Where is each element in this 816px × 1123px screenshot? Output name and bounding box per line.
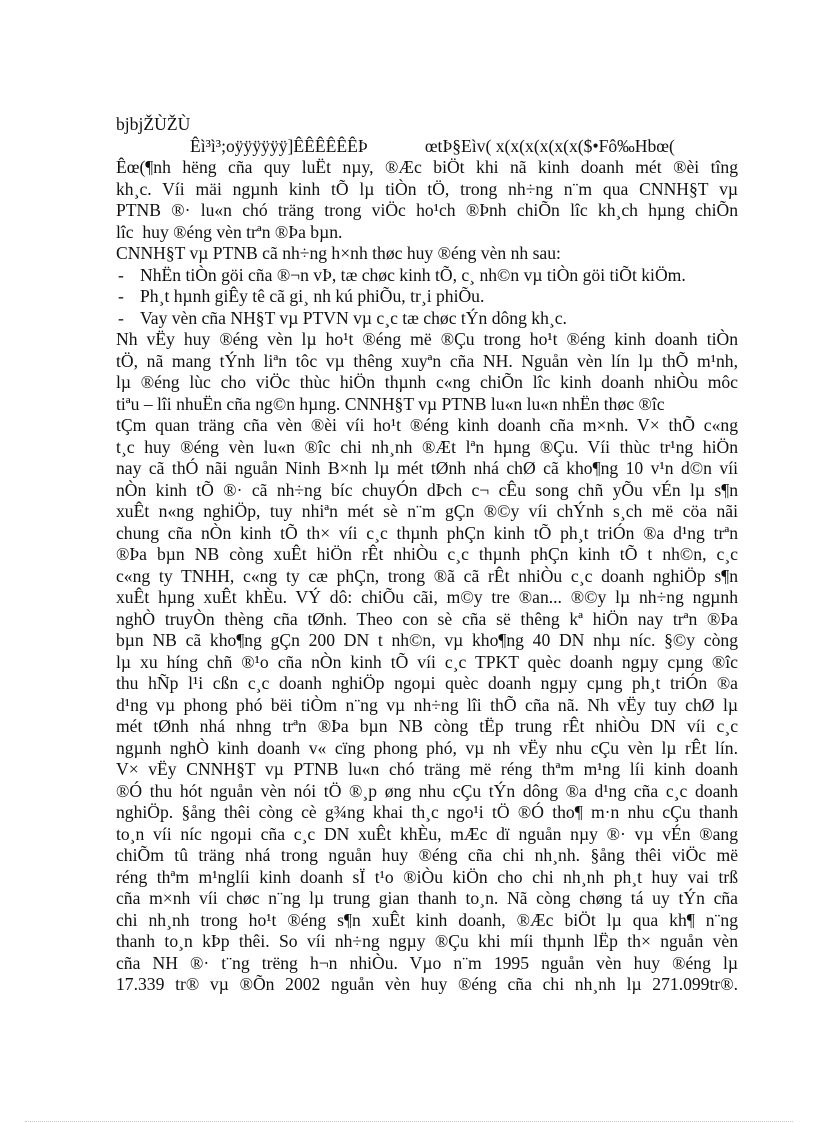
bullet-list: - NhËn tiÒn göi cña ®¬n vÞ, tæ chøc kinh… [116,265,738,330]
text-line: d¹ng vµ phong phó bëi tiÒm n¨ng vµ nh÷ng… [116,695,738,717]
text-line: xuÊt n«ng nghiÖp, tuy nhiªn mét sè n¨m g… [116,501,738,523]
text-line: Êœ(¶nh h­ëng cña quy luËt nµy, ®Æc biÖt … [116,157,738,179]
document-page: bjbjŽÙŽÙ Êì³ì³;oÿÿÿÿÿÿ]ÊÊÊÊÊÊÞ œtÞ§Eìv( … [116,114,738,996]
text-line: ®Þa bµn NB còng xuÊt hiÖn rÊt nhiÒu c¸c … [116,544,738,566]
bullet-text: Vay vèn cña NH§T vµ PTVN vµ c¸c tæ chøc … [140,308,567,330]
text-line: l­îc huy ®éng vèn trªn ®Þa bµn. [116,222,738,244]
text-line: nay cã thÓ nãi nguån Ninh B×nh lµ mét tØ… [116,458,738,480]
text-line: chi nh¸nh trong ho¹t ®éng s¶n xuÊt kinh … [116,910,738,932]
text-line: nÒn kinh tÕ ®· cã nh÷ng b­íc chuyÓn dÞch… [116,480,738,502]
paragraph-1: Êœ(¶nh h­ëng cña quy luËt nµy, ®Æc biÖt … [116,157,738,243]
bullet-item: - Vay vèn cña NH§T vµ PTVN vµ c¸c tæ chø… [116,308,738,330]
bullet-text: NhËn tiÒn göi cña ®¬n vÞ, tæ chøc kinh t… [140,265,686,287]
text-line: tÇm quan träng cña vèn ®èi víi ho¹t ®éng… [116,415,738,437]
text-line: réng thªm m¹ngl­íi kinh doanh sÏ t¹o ®iÒ… [116,867,738,889]
text-line: thanh to¸n kÞp thêi. So víi nh÷ng ngµy ®… [116,931,738,953]
header-garbled-line-1: bjbjŽÙŽÙ [116,114,738,136]
text-line: chiÕm tû träng nhá trong nguån huy ®éng … [116,845,738,867]
bullet-text: Ph¸t hµnh giÊy tê cã gi¸ nh­ kú phiÕu, t… [140,286,484,308]
text-line: tiªu – lîi nhuËn cña ng©n hµng. CNNH§T v… [116,394,738,416]
text-line: c«ng ty TNHH, c«ng ty cæ phÇn, trong ®ã … [116,566,738,588]
text-line: ngµnh nghÒ kinh doanh v« cïng phong phó,… [116,738,738,760]
text-line: nghÒ truyÒn thèng cña tØnh. Theo con sè … [116,609,738,631]
header-garbled-line-2: Êì³ì³;oÿÿÿÿÿÿ]ÊÊÊÊÊÊÞ œtÞ§Eìv( x(x(x(x(x… [116,136,738,158]
text-line: kh¸c. Víi mäi ngµnh kinh tÕ lµ tiÒn tÖ, … [116,179,738,201]
text-line: tÖ, nã mang tÝnh liªn tôc vµ th­êng xuyª… [116,351,738,373]
page-bottom-dotted-divider [25,1121,793,1122]
text-line: to¸n víi n­íc ngoµi cña c¸c DN xuÊt khÈu… [116,824,738,846]
text-line: mét tØnh nhá nh­ng trªn ®Þa bµn NB còng … [116,716,738,738]
bullet-item: - NhËn tiÒn göi cña ®¬n vÞ, tæ chøc kinh… [116,265,738,287]
text-line: cña NH ®· t¨ng tr­ëng h¬n nhiÒu. Vµo n¨m… [116,953,738,975]
dash-bullet-icon: - [116,286,140,308]
text-line: bµn NB cã kho¶ng gÇn 200 DN t­ nh©n, vµ … [116,630,738,652]
dash-bullet-icon: - [116,265,140,287]
text-line: V× vËy CNNH§T vµ PTNB lu«n chó träng më … [116,759,738,781]
list-intro: CNNH§T vµ PTNB cã nh÷ng h×nh thøc huy ®é… [116,243,738,265]
paragraph-2: Nh­ vËy huy ®éng vèn lµ ho¹t ®éng më ®Çu… [116,329,738,996]
text-line: lµ xu h­íng chñ ®¹o cña nÒn kinh tÕ víi … [116,652,738,674]
text-line: lµ ®éng lùc cho viÖc thùc hiÖn thµnh c«n… [116,372,738,394]
text-line: Nh­ vËy huy ®éng vèn lµ ho¹t ®éng më ®Çu… [116,329,738,351]
dash-bullet-icon: - [116,308,140,330]
text-line: PTNB ®· lu«n chó träng trong viÖc ho¹ch … [116,200,738,222]
text-line: 17.339 tr® vµ ®Õn 2002 nguån vèn huy ®én… [116,974,738,996]
text-line: thu hÑp l¹i cßn c¸c doanh nghiÖp ngoµi q… [116,673,738,695]
text-line: chung cña nÒn kinh tÕ th× víi c¸c thµnh … [116,523,738,545]
text-line: ®Ó thu hót nguån vèn nói tÖ ®¸p øng nhu … [116,781,738,803]
text-line: cña m×nh víi chøc n¨ng lµ trung gian tha… [116,888,738,910]
text-line: nghiÖp. §ång thêi còng cè g¾ng khai th¸c… [116,802,738,824]
text-line: xuÊt hµng xuÊt khÈu. VÝ dô: chiÕu cãi, m… [116,587,738,609]
bullet-item: - Ph¸t hµnh giÊy tê cã gi¸ nh­ kú phiÕu,… [116,286,738,308]
text-line: t¸c huy ®éng vèn lu«n ®­îc chi nh¸nh ®Æt… [116,437,738,459]
